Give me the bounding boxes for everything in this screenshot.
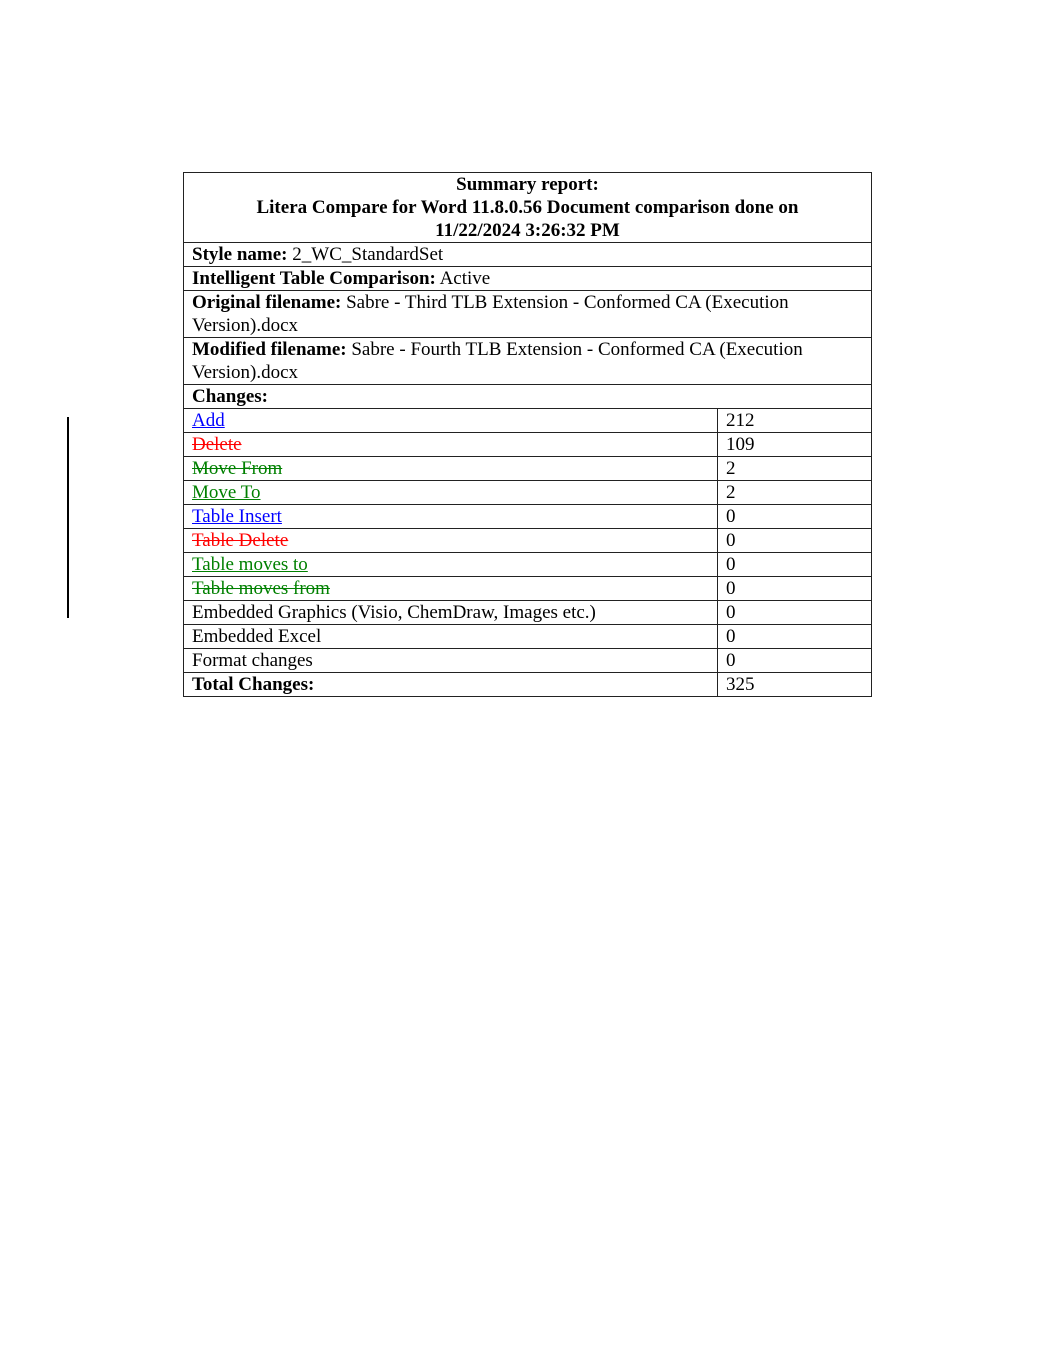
itc-label: Intelligent Table Comparison:	[192, 268, 436, 289]
change-row: Move To2	[184, 481, 872, 505]
change-count: 0	[718, 625, 872, 649]
summary-report-table: Summary report: Litera Compare for Word …	[183, 172, 872, 697]
change-count: 212	[718, 409, 872, 433]
report-datetime: 11/22/2024 3:26:32 PM	[192, 219, 863, 242]
report-header: Summary report: Litera Compare for Word …	[184, 173, 872, 243]
changes-heading: Changes:	[192, 386, 268, 407]
change-row: Table moves from0	[184, 577, 872, 601]
change-count: 2	[718, 481, 872, 505]
report-subtitle: Litera Compare for Word 11.8.0.56 Docume…	[192, 196, 863, 219]
modified-filename-label: Modified filename:	[192, 339, 347, 360]
change-type-label: Move From	[192, 458, 282, 479]
change-type-label: Table Insert	[192, 506, 282, 527]
change-type-label: Format changes	[192, 650, 313, 671]
change-row: Table Insert0	[184, 505, 872, 529]
change-row: Table moves to0	[184, 553, 872, 577]
original-filename-row: Original filename: Sabre - Third TLB Ext…	[184, 291, 872, 338]
change-count: 109	[718, 433, 872, 457]
modified-filename-row: Modified filename: Sabre - Fourth TLB Ex…	[184, 338, 872, 385]
change-type-label: Embedded Graphics (Visio, ChemDraw, Imag…	[192, 602, 596, 623]
style-name-label: Style name:	[192, 244, 288, 265]
change-type-label: Table moves to	[192, 554, 308, 575]
change-type-label: Embedded Excel	[192, 626, 321, 647]
original-filename-label: Original filename:	[192, 292, 341, 313]
change-row: Delete109	[184, 433, 872, 457]
change-count: 0	[718, 553, 872, 577]
change-type-label: Delete	[192, 434, 242, 455]
change-count: 0	[718, 529, 872, 553]
change-count: 0	[718, 577, 872, 601]
header-row: Summary report: Litera Compare for Word …	[184, 173, 872, 243]
change-count: 0	[718, 601, 872, 625]
change-row: Embedded Graphics (Visio, ChemDraw, Imag…	[184, 601, 872, 625]
change-count: 2	[718, 457, 872, 481]
change-bar	[67, 417, 69, 618]
change-count: 0	[718, 505, 872, 529]
change-type-label: Add	[192, 410, 225, 431]
style-name-value: 2_WC_StandardSet	[292, 244, 443, 265]
total-label: Total Changes:	[192, 674, 314, 695]
change-row: Format changes0	[184, 649, 872, 673]
change-type-label: Move To	[192, 482, 261, 503]
style-name-row: Style name: 2_WC_StandardSet	[184, 243, 872, 267]
change-count: 0	[718, 649, 872, 673]
change-type-label: Table Delete	[192, 530, 288, 551]
total-row: Total Changes: 325	[184, 673, 872, 697]
changes-heading-row: Changes:	[184, 385, 872, 409]
change-row: Table Delete0	[184, 529, 872, 553]
itc-value: Active	[440, 268, 491, 289]
change-row: Move From2	[184, 457, 872, 481]
change-row: Add212	[184, 409, 872, 433]
total-value: 325	[718, 673, 872, 697]
change-row: Embedded Excel0	[184, 625, 872, 649]
itc-row: Intelligent Table Comparison: Active	[184, 267, 872, 291]
report-title: Summary report:	[192, 173, 863, 196]
change-type-label: Table moves from	[192, 578, 330, 599]
